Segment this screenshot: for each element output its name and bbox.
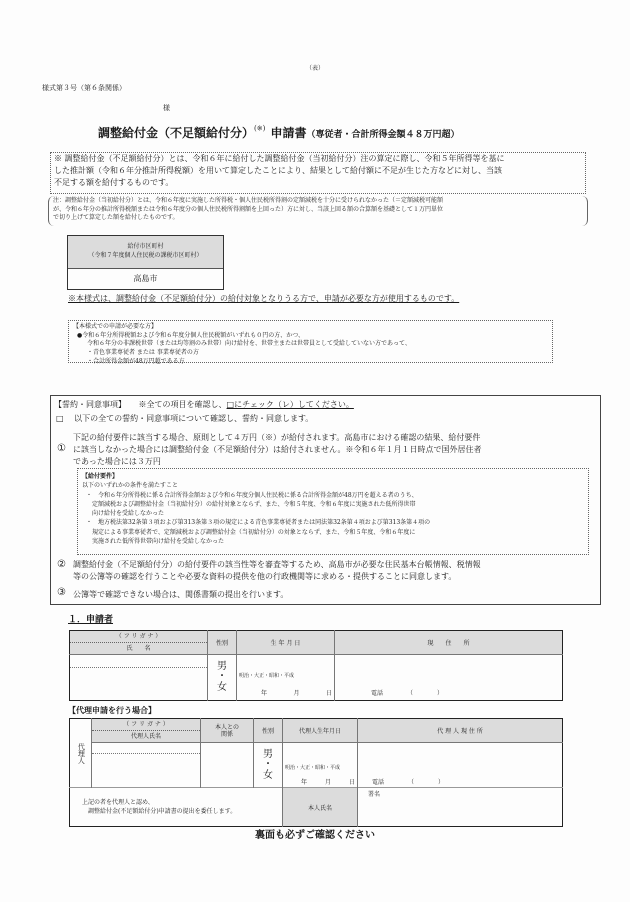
year-label: 年 [261, 688, 267, 697]
agent-month-label: 月 [325, 777, 331, 786]
agent-gender-header: 性別 [254, 719, 283, 743]
requirements-title: 【給付要件】 [82, 472, 584, 481]
agent-gender-female-option[interactable]: 女 [254, 771, 282, 782]
form-number: 様式第３号（第６条関係） [42, 83, 126, 93]
furigana-input[interactable] [70, 655, 207, 668]
agent-birth-header: 代理人生年月日 [283, 719, 358, 743]
required-line: 令和６年分の非課税世帯（または均等割のみ世帯）向け給付を、世帯主または世帯員とし… [73, 340, 548, 349]
note-line: で切り上げて算定した額を給付したものです。 [53, 214, 583, 223]
title-note-mark: (※) [254, 125, 265, 133]
furigana-name-header: （ フ リ ガ ナ ） 氏 名 [70, 631, 208, 655]
agent-section-title: 【代理申請を行う場合】 [68, 705, 156, 716]
pledge-heading: 【誓約・同意事項】 [54, 400, 126, 409]
explanation-line: した推計額（令和６年分推計所得税額）を用いて算定したことにより、結果として給付額… [54, 165, 582, 177]
agent-furigana-input[interactable] [92, 743, 200, 754]
item-number-3: ③ [57, 587, 66, 598]
municipality-header-line: 給付市区町村 [68, 242, 223, 251]
month-label: 月 [293, 688, 299, 697]
phone-input[interactable]: （ ） [407, 690, 443, 697]
gender-header: 性別 [208, 631, 237, 655]
item-1-line: であった場合には３万円 [73, 456, 481, 468]
requirement-2-line: 規定による事業専従者で、定額減税および調整給付金（当初給付分）の対象とならず、ま… [82, 528, 584, 537]
agent-phone-label: 電話 [372, 779, 384, 786]
agent-gender-cell[interactable]: 男 ・ 女 [254, 743, 283, 788]
title-sub: （専従者・合計所得金額４８万円超） [306, 130, 459, 140]
pledge-instruction-underlined: □にチェック（レ）してください。 [227, 400, 354, 409]
item-1-line: に該当しなかった場合には調整給付金（不足額給付分）は給付されません。※令和６年１… [73, 444, 481, 456]
note-line: 注：調整給付金（当初給付分）とは、令和６年度に実施した所得税・個人住民税所得割の… [53, 197, 583, 206]
page-side-label: （表） [306, 63, 324, 72]
item-1-line: 下記の給付要件に該当する場合、原則として４万円（※）が給付されます。高島市におけ… [73, 432, 481, 444]
applicant-section-title: １．申請者 [68, 612, 113, 625]
delegation-line: 調整給付金(不足額給付分)申請書の提出を委任します。 [82, 807, 282, 816]
municipality-box: 給付市区町村 （令和７年度個人住民税の課税市区町村） 高島市 [67, 235, 224, 290]
agree-checkbox[interactable]: □ [56, 414, 64, 423]
required-bullet: ・合計所得金額が48万円超である方 [73, 358, 548, 367]
agent-name-input[interactable] [92, 754, 200, 786]
name-input[interactable] [70, 668, 207, 700]
pledge-agree-row: □ 以下の全ての誓約・同意事項について確認し、誓約・同意します。 [56, 413, 313, 424]
page-title: 調整給付金（不足額給付分）(※) 申請書（専従者・合計所得金額４８万円超） [98, 122, 459, 141]
agent-name-header: 代理人氏名 [92, 731, 200, 742]
furigana-header: （ フ リ ガ ナ ） [70, 631, 207, 643]
item-3-text: 公簿等で確認できない場合は、関係書類の提出を行います。 [73, 589, 288, 600]
item-2-line: 調整給付金（不足額給付分）の給付要件の該当性等を審査等するため、高島市が必要な住… [73, 559, 481, 571]
relation-header-line: 関係 [201, 731, 253, 738]
signature-label: 署名 [368, 791, 380, 798]
relation-header: 本人との 関係 [201, 719, 254, 743]
gender-cell[interactable]: 男 ・ 女 [208, 655, 237, 701]
municipality-header-line: （令和７年度個人住民税の課税市区町村） [68, 251, 223, 260]
agent-furigana-header: （ フ リ ガ ナ ） [92, 719, 200, 731]
birth-header: 生 年 月 日 [237, 631, 335, 655]
address-cell[interactable]: 電話 （ ） [335, 655, 563, 701]
title-main: 調整給付金（不足額給付分） [98, 126, 254, 140]
addressee-suffix: 様 [163, 103, 170, 113]
requirement-1-line: 向け給付を受給しなかった [82, 509, 584, 518]
agent-address-cell[interactable]: 電話 （ ） [358, 743, 563, 788]
item-number-1: ① [57, 443, 66, 454]
phone-label: 電話 [371, 690, 383, 697]
requirements-intro: 以下のいずれかの条件を満たすこと [82, 481, 584, 490]
municipality-header: 給付市区町村 （令和７年度個人住民税の課税市区町村） [68, 236, 223, 269]
note-box: 注：調整給付金（当初給付分）とは、令和６年度に実施した所得税・個人住民税所得割の… [48, 196, 588, 226]
item-number-2: ② [57, 559, 66, 570]
agent-furigana-name-header: （ フ リ ガ ナ ） 代理人氏名 [92, 719, 201, 743]
requirements-box: 【給付要件】 以下のいずれかの条件を満たすこと ・ 令和６年分所得税に係る合計所… [77, 468, 589, 555]
usage-note: ※本様式は、調整給付金（不足額給付分）の給付対象となりうる方で、申請が必要な方が… [68, 293, 459, 304]
agent-address-header: 代 理 人 現 住 所 [358, 719, 563, 743]
footer-note: 裏面も必ずご確認ください [0, 826, 630, 841]
signature-cell[interactable]: 署名 [358, 788, 563, 827]
item-1-text: 下記の給付要件に該当する場合、原則として４万円（※）が給付されます。高島市におけ… [73, 432, 481, 468]
relation-input[interactable] [201, 743, 254, 788]
relation-header-line: 本人との [201, 724, 253, 731]
applicant-table: （ フ リ ガ ナ ） 氏 名 性別 生 年 月 日 現 住 所 男 ・ 女 明… [69, 630, 563, 701]
agent-side-label-text: 代理人 [77, 743, 85, 764]
gender-female-option[interactable]: 女 [208, 683, 236, 694]
delegation-line: 上記の者を代理人と認め、 [82, 798, 282, 807]
title-doc: 申請書 [270, 126, 306, 140]
required-applicants-box: 【本様式での申請が必要な方】 ●令和６年分所得税額および令和６年度分個人住民税額… [68, 320, 553, 363]
delegation-statement: 上記の者を代理人と認め、 調整給付金(不足額給付分)申請書の提出を委任します。 [70, 788, 283, 827]
agent-year-label: 年 [301, 777, 307, 786]
agent-name-cell [92, 743, 201, 788]
name-header: 氏 名 [70, 643, 207, 654]
name-cell [70, 655, 208, 701]
municipality-value: 高島市 [68, 269, 223, 289]
address-header: 現 住 所 [335, 631, 563, 655]
agent-day-label: 日 [349, 777, 355, 786]
agent-table: 代理人 （ フ リ ガ ナ ） 代理人氏名 本人との 関係 性別 代理人生年月日… [69, 718, 563, 827]
agent-phone-input[interactable]: （ ） [408, 779, 444, 786]
required-bullet: ・青色事業専従者 または 事業専従者の方 [73, 349, 548, 358]
principal-name-label: 本人氏名 [283, 788, 358, 827]
pledge-box: 【誓約・同意事項】 ※全ての項目を確認し、□にチェック（レ）してください。 □ … [50, 395, 601, 605]
agent-birth-cell[interactable]: 明治・大正・昭和・平成 年 月 日 [283, 743, 358, 788]
agent-side-label: 代理人 [70, 719, 92, 788]
day-label: 日 [326, 688, 332, 697]
item-2-text: 調整給付金（不足額給付分）の給付要件の該当性等を審査等するため、高島市が必要な住… [73, 559, 481, 583]
agent-era-options[interactable]: 明治・大正・昭和・平成 [285, 764, 355, 771]
requirement-2-line: ・ 地方税法第32条第３項および第313条第３項の規定による青色事業専従者または… [82, 518, 584, 527]
requirement-2-line: 実施された低所得世帯向け給付を受給しなかった [82, 537, 584, 546]
pledge-heading-row: 【誓約・同意事項】 ※全ての項目を確認し、□にチェック（レ）してください。 [54, 399, 354, 410]
required-title: 【本様式での申請が必要な方】 [73, 323, 548, 332]
agree-checkbox-label: 以下の全ての誓約・同意事項について確認し、誓約・同意します。 [74, 414, 313, 423]
explanation-box: ※ 調整給付金（不足額給付分）とは、令和６年に給付した調整給付金（当初給付分）注… [50, 152, 586, 194]
explanation-line: 不足する額を給付するものです。 [54, 177, 582, 189]
item-2-line: 等の公簿等の確認を行うことや必要な資料の提供を他の行政機関等に求める・提供するこ… [73, 571, 481, 583]
era-options[interactable]: 明治・大正・昭和・平成 [239, 672, 332, 679]
requirement-1-line: 定額減税および調整給付金（当初給付分）の給付対象とならず、また、令和５年度、令和… [82, 500, 584, 509]
birth-ymd: 年 月 日 [239, 688, 332, 697]
requirement-1-line: ・ 令和６年分所得税に係る合計所得金額および令和６年度分個人住民税に係る合計所得… [82, 491, 584, 500]
birth-cell[interactable]: 明治・大正・昭和・平成 年 月 日 [237, 655, 335, 701]
pledge-instruction: ※全ての項目を確認し、 [139, 400, 227, 409]
explanation-line: ※ 調整給付金（不足額給付分）とは、令和６年に給付した調整給付金（当初給付分）注… [54, 153, 582, 165]
agent-birth-ymd: 年 月 日 [285, 777, 355, 786]
